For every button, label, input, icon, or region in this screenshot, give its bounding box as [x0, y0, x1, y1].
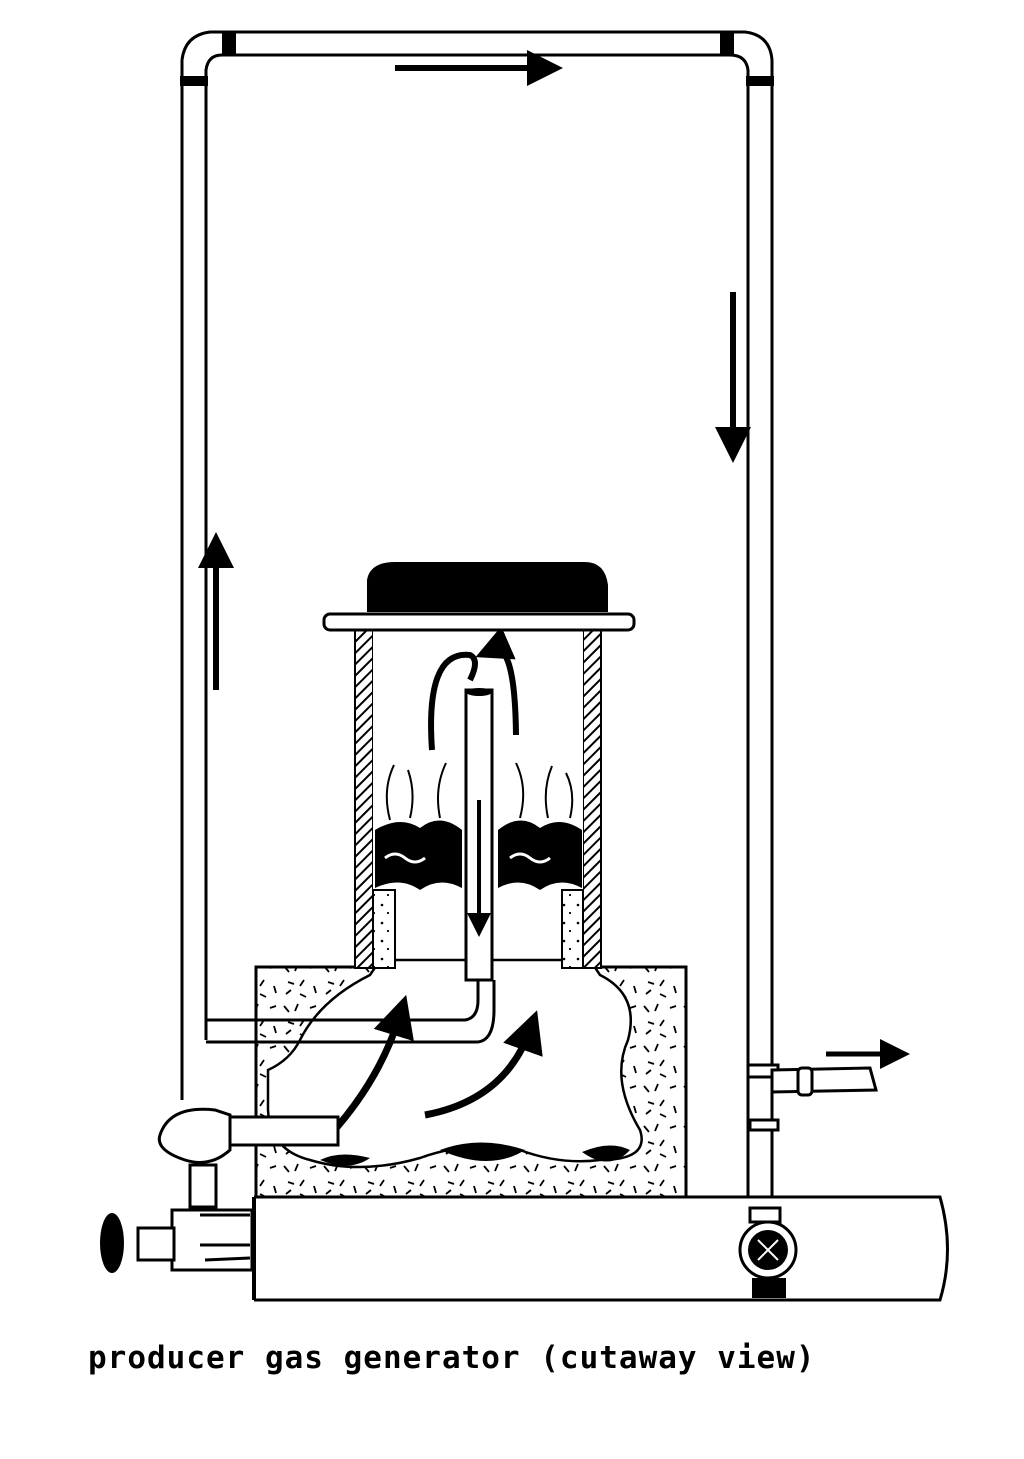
handwheel-icon — [100, 1213, 124, 1273]
figure-caption: producer gas generator (cutaway view) — [88, 1340, 948, 1376]
fuel-hopper-lid — [324, 562, 634, 630]
base-pipe — [254, 1197, 948, 1300]
producer-gas-generator-diagram — [0, 0, 1024, 1459]
gas-outlet — [748, 1065, 876, 1130]
firebox — [256, 960, 686, 1197]
